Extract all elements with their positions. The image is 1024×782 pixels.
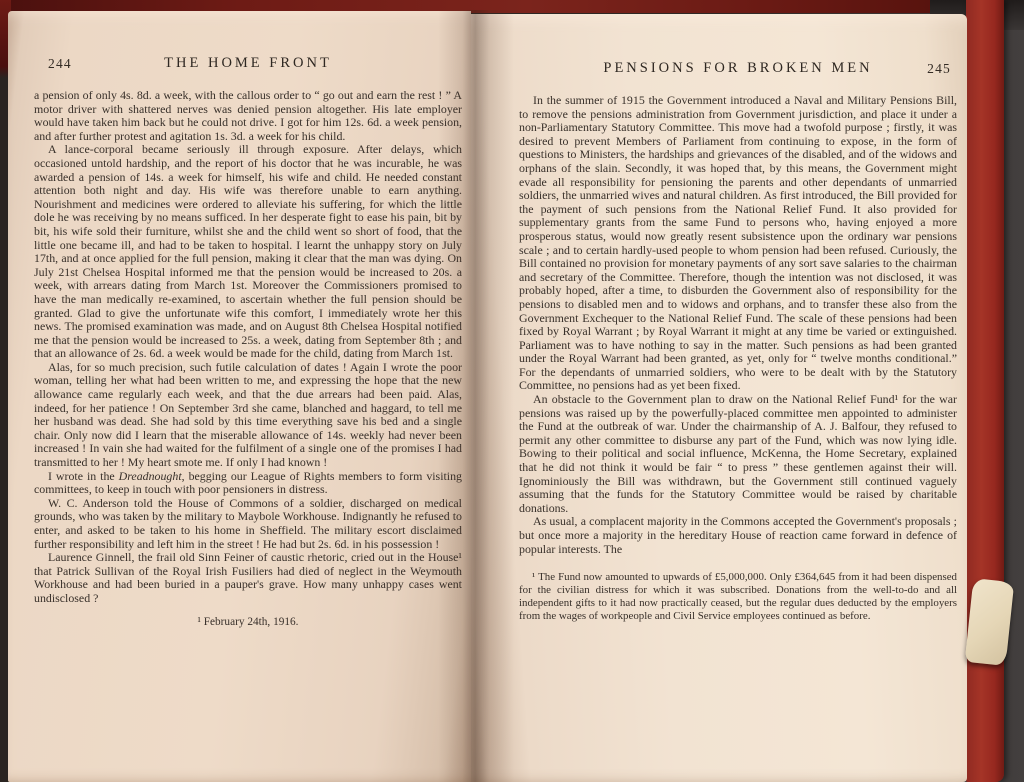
right-page-text: PENSIONS FOR BROKEN MEN 245 In the summe… <box>519 60 957 623</box>
right-page-header: PENSIONS FOR BROKEN MEN 245 <box>519 60 957 78</box>
right-page-body: In the summer of 1915 the Government int… <box>519 94 957 623</box>
running-title: PENSIONS FOR BROKEN MEN <box>519 60 957 77</box>
paragraph: In the summer of 1915 the Government int… <box>519 94 957 393</box>
paragraph: W. C. Anderson told the House of Commons… <box>34 497 462 551</box>
book-cover-right-edge <box>966 0 1004 782</box>
right-page: PENSIONS FOR BROKEN MEN 245 In the summe… <box>471 14 967 782</box>
left-page: 244 THE HOME FRONT a pension of only 4s.… <box>8 11 471 782</box>
running-title: THE HOME FRONT <box>34 55 462 72</box>
paragraph: An obstacle to the Government plan to dr… <box>519 393 957 515</box>
paragraph: As usual, a complacent majority in the C… <box>519 515 957 556</box>
left-page-header: 244 THE HOME FRONT <box>34 55 462 73</box>
torn-jacket-scrap <box>965 578 1015 666</box>
footnote: ¹ February 24th, 1916. <box>34 616 462 628</box>
paragraph: a pension of only 4s. 8d. a week, with t… <box>34 89 462 143</box>
paragraph: Alas, for so much precision, such futile… <box>34 361 462 470</box>
italic-publication-title: Dreadnought <box>119 469 182 483</box>
left-page-text: 244 THE HOME FRONT a pension of only 4s.… <box>34 55 462 628</box>
left-page-body: a pension of only 4s. 8d. a week, with t… <box>34 89 462 628</box>
page-number: 245 <box>927 61 951 77</box>
paragraph: I wrote in the Dreadnought, begging our … <box>34 470 462 497</box>
paragraph-text: I wrote in the <box>48 469 119 483</box>
paragraph: A lance-corporal became seriously ill th… <box>34 143 462 361</box>
book-photo: 244 THE HOME FRONT a pension of only 4s.… <box>0 0 1024 782</box>
paragraph: Laurence Ginnell, the frail old Sinn Fei… <box>34 551 462 605</box>
footnote: ¹ The Fund now amounted to upwards of £5… <box>519 571 957 623</box>
